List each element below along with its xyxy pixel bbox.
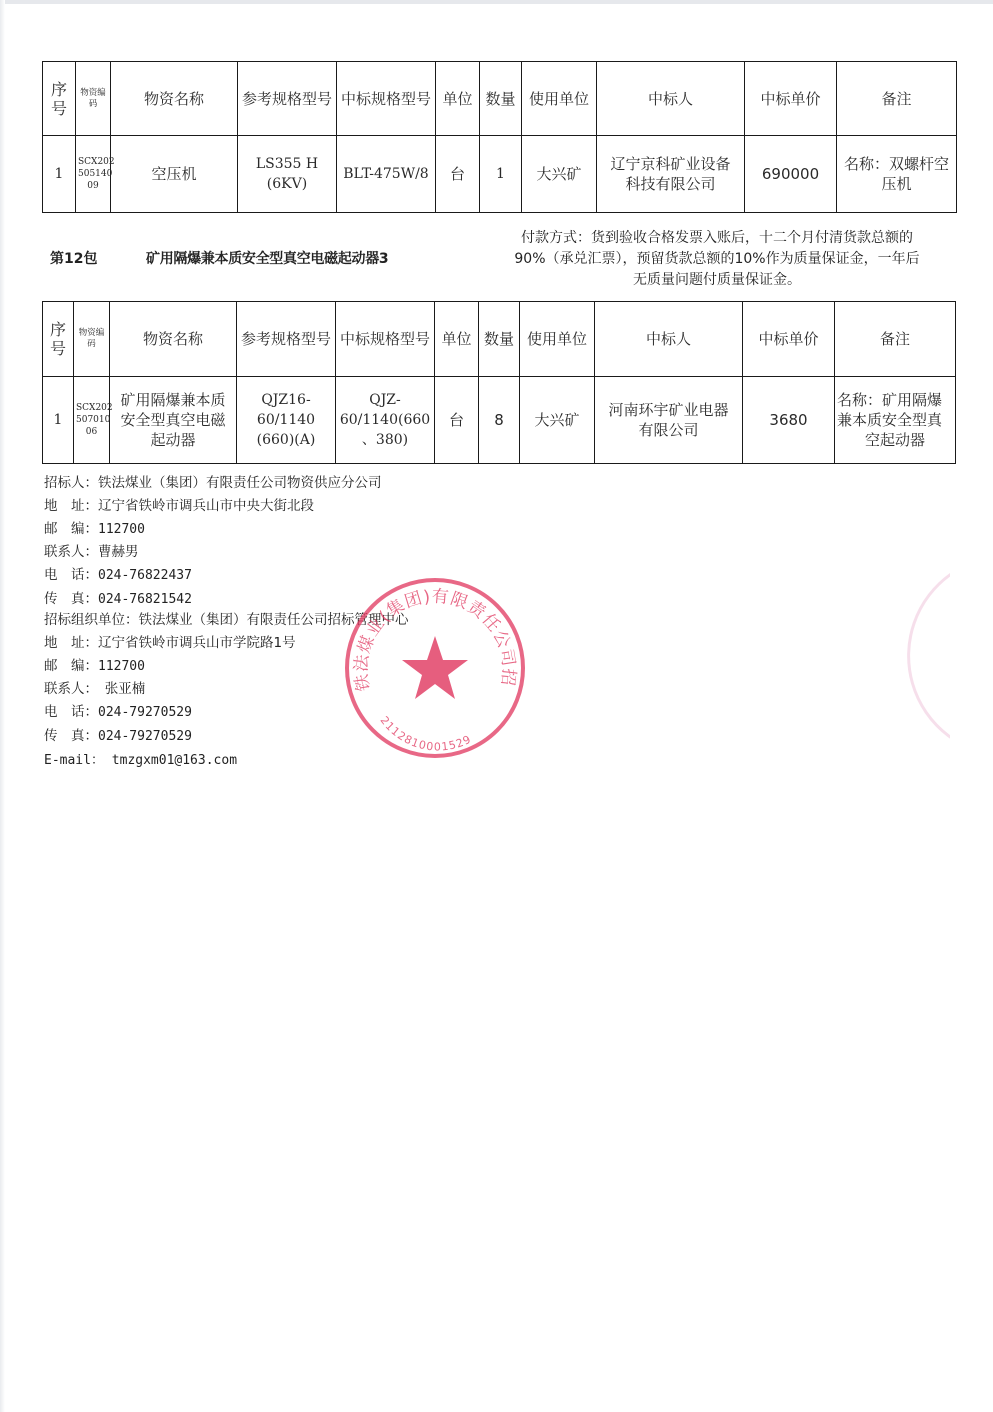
header-seq: 序号 (43, 62, 76, 136)
cell-bid-spec: QJZ- 60/1140(660 、380) (336, 377, 435, 464)
name-line: 矿用隔爆兼本质 (112, 390, 234, 410)
code-line: 09 (78, 180, 108, 192)
header-ref-spec: 参考规格型号 (238, 62, 337, 136)
ref-spec-line: (6KV) (240, 174, 334, 194)
cell-code: SCX202 505140 09 (76, 136, 111, 213)
header-code: 物资编码 (74, 302, 110, 377)
field-label: 地 址： (44, 635, 98, 651)
field-value: 112700 (98, 659, 145, 674)
header-unit: 单位 (436, 62, 480, 136)
winner-line: 河南环宇矿业电器 (597, 400, 740, 420)
header-unit: 单位 (435, 302, 479, 377)
field-label: 传 真： (44, 591, 98, 607)
header-user-unit: 使用单位 (522, 62, 597, 136)
field-label: 邮 编： (44, 521, 98, 537)
agency-row-address: 地 址：辽宁省铁岭市调兵山市学院路1号 (44, 632, 409, 655)
code-line: 507010 (76, 414, 107, 426)
header-user-unit: 使用单位 (520, 302, 595, 377)
field-label: 招标人： (44, 475, 98, 491)
payment-terms-line: 无质量问题付质量保证金。 (482, 270, 952, 291)
field-label: 电 话： (44, 567, 98, 583)
remark-line: 兼本质安全型真 (837, 410, 953, 430)
cell-ref-spec: QJZ16- 60/1140 (660)(A) (237, 377, 336, 464)
agency-row-email: E-mail： tmzgxm01@163.com (44, 749, 409, 773)
field-value: 024-76822437 (98, 568, 192, 583)
cell-unit-price: 690000 (745, 136, 837, 213)
name-line: 安全型真空电磁 (112, 410, 234, 430)
cell-winner: 辽宁京科矿业设备 科技有限公司 (597, 136, 745, 213)
field-label: 地 址： (44, 498, 98, 514)
header-name: 物资名称 (110, 302, 237, 377)
cell-remark: 名称：矿用隔爆 兼本质安全型真 空起动器 (835, 377, 956, 464)
field-value: tmzgxm01@163.com (104, 753, 237, 768)
code-line: 505140 (78, 168, 108, 180)
field-value: 曹赫男 (98, 544, 139, 560)
winner-line: 有限公司 (597, 420, 740, 440)
cell-remark: 名称：双螺杆空 压机 (837, 136, 957, 213)
field-label: 联系人： (44, 544, 98, 560)
header-bid-spec: 中标规格型号 (336, 302, 435, 377)
field-label: 招标组织单位： (44, 612, 139, 628)
header-winner: 中标人 (597, 62, 745, 136)
agency-row-name: 招标组织单位：铁法煤业（集团）有限责任公司招标管理中心 (44, 609, 409, 632)
payment-terms-line: 付款方式：货到验收合格发票入账后，十二个月付清货款总额的 (482, 228, 952, 249)
bid-spec-line: QJZ- (338, 390, 432, 410)
award-table-package-12: 序号 物资编码 物资名称 参考规格型号 中标规格型号 单位 数量 使用单位 中标… (42, 301, 956, 464)
code-line: SCX202 (76, 402, 107, 414)
header-bid-spec: 中标规格型号 (337, 62, 436, 136)
cell-unit: 台 (435, 377, 479, 464)
table-row: 1 SCX202 507010 06 矿用隔爆兼本质 安全型真空电磁 起动器 Q… (43, 377, 956, 464)
field-value: 024-79270529 (98, 705, 192, 720)
code-line: 06 (76, 426, 107, 438)
tenderer-contact-block: 招标人：铁法煤业（集团）有限责任公司物资供应分公司 地 址：辽宁省铁岭市调兵山市… (44, 472, 382, 612)
ref-spec-line: LS355 H (240, 154, 334, 174)
header-qty: 数量 (479, 302, 520, 377)
header-remark: 备注 (835, 302, 956, 377)
table-header-row: 序号 物资编码 物资名称 参考规格型号 中标规格型号 单位 数量 使用单位 中标… (43, 62, 957, 136)
bid-spec-line: 60/1140(660 (338, 410, 432, 430)
field-label: 传 真： (44, 728, 98, 744)
header-qty: 数量 (480, 62, 522, 136)
cell-unit: 台 (436, 136, 480, 213)
winner-line: 辽宁京科矿业设备 (599, 154, 742, 174)
table-row: 1 SCX202 505140 09 空压机 LS355 H (6KV) BLT… (43, 136, 957, 213)
header-unit-price: 中标单价 (745, 62, 837, 136)
cell-qty: 1 (480, 136, 522, 213)
ref-spec-line: (660)(A) (239, 430, 333, 450)
header-name: 物资名称 (111, 62, 238, 136)
remark-line: 名称：矿用隔爆 (837, 390, 953, 410)
page-top-edge (0, 0, 993, 4)
field-value: 辽宁省铁岭市调兵山市中央大街北段 (98, 498, 314, 514)
cell-winner: 河南环宇矿业电器 有限公司 (595, 377, 743, 464)
cell-ref-spec: LS355 H (6KV) (238, 136, 337, 213)
field-value: 铁法煤业（集团）有限责任公司招标管理中心 (139, 612, 409, 628)
cell-seq: 1 (43, 136, 76, 213)
ref-spec-line: QJZ16- (239, 390, 333, 410)
package-heading: 第12包 矿用隔爆兼本质安全型真空电磁起动器3 付款方式：货到验收合格发票入账后… (42, 228, 956, 294)
header-seq: 序号 (43, 302, 74, 377)
tenderer-row-phone: 电 话：024-76822437 (44, 564, 382, 588)
package-title: 矿用隔爆兼本质安全型真空电磁起动器3 (146, 248, 388, 268)
field-label: 电 话： (44, 704, 98, 720)
remark-line: 压机 (839, 174, 954, 194)
tenderer-row-address: 地 址：辽宁省铁岭市调兵山市中央大街北段 (44, 495, 382, 518)
code-line: SCX202 (78, 156, 108, 168)
package-number: 第12包 (50, 248, 97, 268)
agency-contact-block: 招标组织单位：铁法煤业（集团）有限责任公司招标管理中心 地 址：辽宁省铁岭市调兵… (44, 609, 409, 773)
cell-qty: 8 (479, 377, 520, 464)
bid-spec-line: 、380) (338, 430, 432, 450)
header-unit-price: 中标单价 (743, 302, 835, 377)
field-label: 联系人： (44, 681, 91, 697)
agency-row-phone: 电 话：024-79270529 (44, 701, 409, 725)
agency-row-fax: 传 真：024-79270529 (44, 725, 409, 749)
field-label: 邮 编： (44, 658, 98, 674)
name-line: 起动器 (112, 430, 234, 450)
remark-line: 空起动器 (837, 430, 953, 450)
header-code: 物资编码 (76, 62, 111, 136)
cell-bid-spec: BLT-475W/8 (337, 136, 436, 213)
cell-name: 空压机 (111, 136, 238, 213)
cell-name: 矿用隔爆兼本质 安全型真空电磁 起动器 (110, 377, 237, 464)
table-header-row: 序号 物资编码 物资名称 参考规格型号 中标规格型号 单位 数量 使用单位 中标… (43, 302, 956, 377)
cell-code: SCX202 507010 06 (74, 377, 110, 464)
winner-line: 科技有限公司 (599, 174, 742, 194)
header-ref-spec: 参考规格型号 (237, 302, 336, 377)
agency-row-contact: 联系人： 张亚楠 (44, 678, 409, 701)
field-value: 024-79270529 (98, 729, 192, 744)
page-left-edge (0, 0, 5, 1412)
award-table-package-11: 序号 物资编码 物资名称 参考规格型号 中标规格型号 单位 数量 使用单位 中标… (42, 61, 957, 213)
field-label: E-mail： (44, 753, 104, 768)
tenderer-row-contact: 联系人：曹赫男 (44, 541, 382, 564)
tenderer-row-name: 招标人：铁法煤业（集团）有限责任公司物资供应分公司 (44, 472, 382, 495)
agency-row-postcode: 邮 编：112700 (44, 655, 409, 679)
cell-seq: 1 (43, 377, 74, 464)
field-value: 024-76821542 (98, 592, 192, 607)
field-value: 辽宁省铁岭市调兵山市学院路1号 (98, 635, 296, 651)
payment-terms: 付款方式：货到验收合格发票入账后，十二个月付清货款总额的 90%（承兑汇票），预… (482, 228, 952, 291)
header-remark: 备注 (837, 62, 957, 136)
seal-star-icon (402, 636, 468, 699)
ref-spec-line: 60/1140 (239, 410, 333, 430)
field-value: 112700 (98, 522, 145, 537)
faint-seal-ghost (820, 550, 950, 760)
remark-line: 名称：双螺杆空 (839, 154, 954, 174)
payment-terms-line: 90%（承兑汇票），预留货款总额的10%作为质量保证金，一年后 (482, 249, 952, 270)
header-winner: 中标人 (595, 302, 743, 377)
tenderer-row-postcode: 邮 编：112700 (44, 518, 382, 542)
cell-unit-price: 3680 (743, 377, 835, 464)
cell-user-unit: 大兴矿 (522, 136, 597, 213)
field-value: 张亚楠 (91, 681, 145, 697)
field-value: 铁法煤业（集团）有限责任公司物资供应分公司 (98, 475, 382, 491)
cell-user-unit: 大兴矿 (520, 377, 595, 464)
